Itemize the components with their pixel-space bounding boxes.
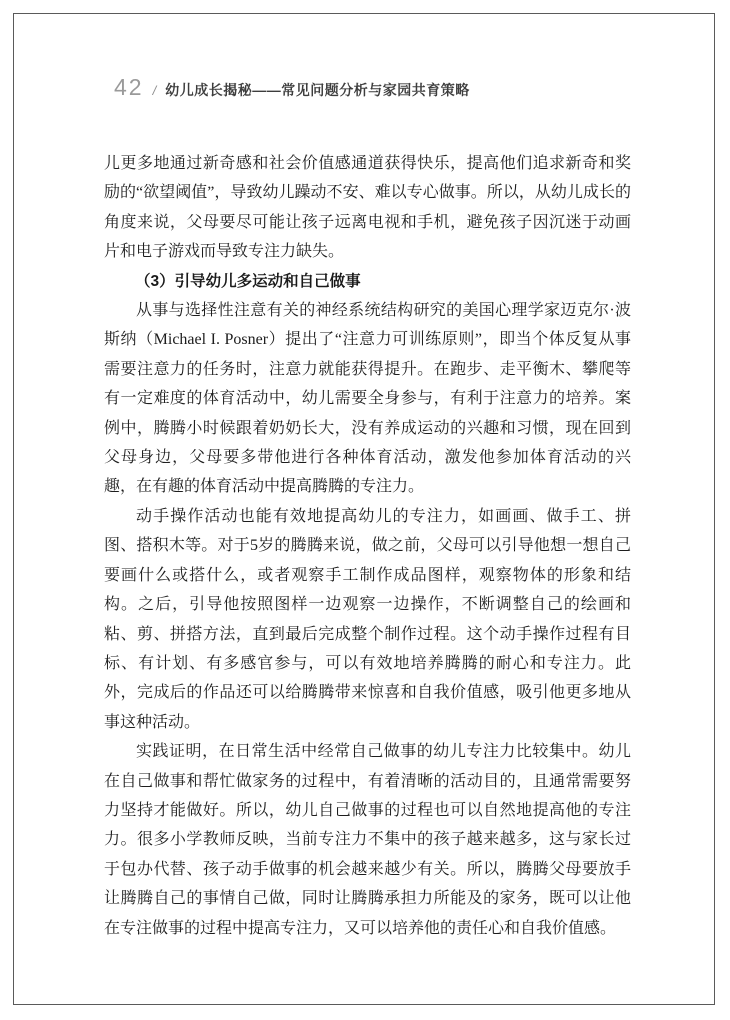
body-paragraph-continued: 儿更多地通过新奇感和社会价值感通道获得快乐，提高他们追求新奇和奖励的“欲望阈值”…: [104, 149, 631, 267]
section-heading: （3）引导幼儿多运动和自己做事: [104, 267, 631, 296]
book-title: 幼儿成长揭秘——常见问题分析与家园共育策略: [165, 80, 470, 100]
header-separator: /: [153, 83, 157, 98]
page-content: 儿更多地通过新奇感和社会价值感通道获得快乐，提高他们追求新奇和奖励的“欲望阈值”…: [104, 149, 631, 943]
page-header: 42 / 幼儿成长揭秘——常见问题分析与家园共育策略: [114, 74, 470, 101]
body-paragraph: 实践证明，在日常生活中经常自己做事的幼儿专注力比较集中。幼儿在自己做事和帮忙做家…: [104, 737, 631, 943]
body-paragraph: 从事与选择性注意有关的神经系统结构研究的美国心理学家迈克尔·波斯纳（Michae…: [104, 296, 631, 502]
page-number: 42: [114, 74, 144, 101]
body-paragraph: 动手操作活动也能有效地提高幼儿的专注力，如画画、做手工、拼图、搭积木等。对于5岁…: [104, 502, 631, 737]
book-page: 42 / 幼儿成长揭秘——常见问题分析与家园共育策略 儿更多地通过新奇感和社会价…: [13, 13, 715, 1005]
